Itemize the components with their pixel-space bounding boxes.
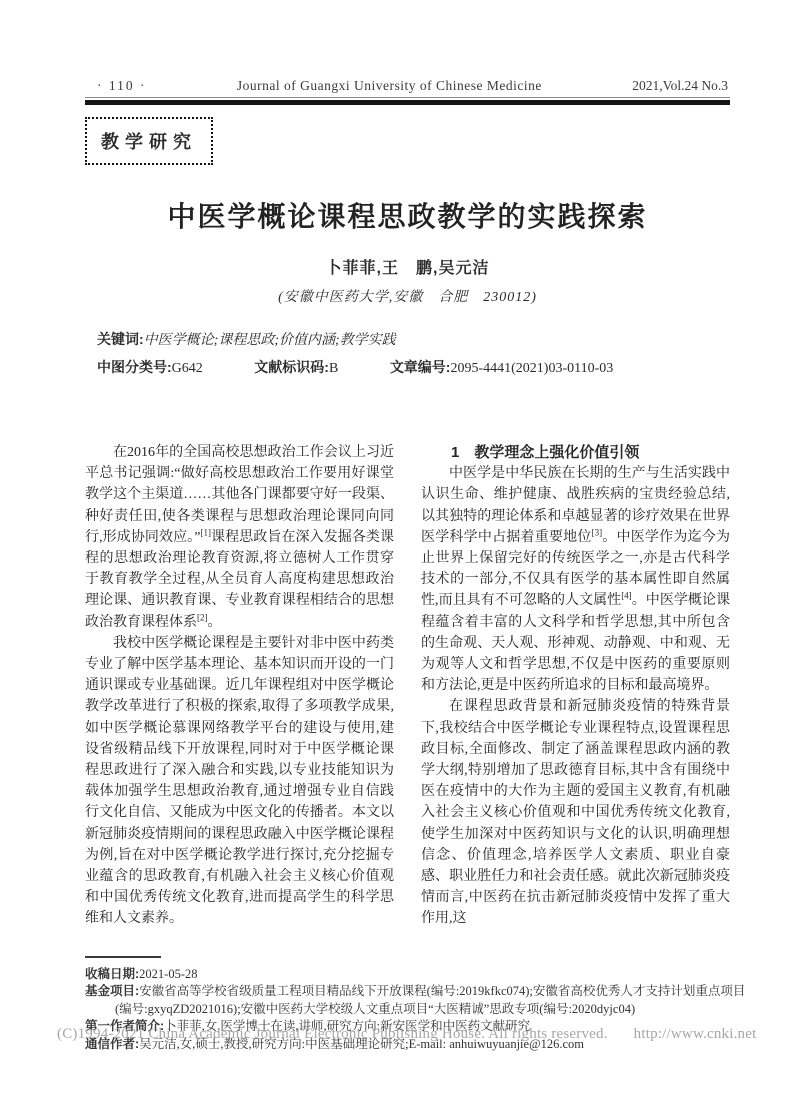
clc-label: 中图分类号:: [97, 359, 172, 375]
paragraph-section1-2: 在课程思政背景和新冠肺炎疫情的特殊背景下,我校结合中医学概论专业课程特点,设置课…: [421, 696, 730, 929]
received-date-line: 收稿日期:2021-05-28: [85, 966, 730, 984]
keywords-row: 关键词:中医学概论;课程思政;价值内涵;教学实践: [97, 326, 730, 354]
classification-row: 中图分类号:G642 文献标识码:B 文章编号:2095-4441(2021)0…: [97, 354, 730, 382]
page-number: · 110 ·: [85, 78, 147, 94]
right-column: 1 教学理念上强化价值引领 中医学是中华民族在长期的生产与生活实践中认识生命、维…: [421, 442, 730, 930]
fund-label: 基金项目:: [85, 984, 139, 998]
issue-info: 2021,Vol.24 No.3: [632, 78, 730, 94]
left-column: 在2016年的全国高校思想政治工作会议上习近平总书记强调:“做好高校思想政治工作…: [85, 442, 394, 930]
cnki-footer: (C)1994-2021 China Academic Journal Elec…: [57, 1026, 757, 1043]
received-date-value: 2021-05-28: [139, 967, 197, 981]
clc-value: G642: [172, 361, 203, 376]
fund-value-1: 安徽省高等学校省级质量工程项目精品线下开放课程(编号:2019kfkc074);…: [139, 984, 745, 998]
column-tag-teaching-research: 教学研究: [85, 117, 213, 165]
article-body: 在2016年的全国高校思想政治工作会议上习近平总书记强调:“做好高校思想政治工作…: [85, 442, 730, 930]
doc-code-value: B: [329, 361, 338, 376]
fund-line-2: (编号:gxyqZD2021016);安徽中医药大学校级人文重点项目“大医精诚”…: [85, 1001, 730, 1019]
fund-line-1: 基金项目:安徽省高等学校省级质量工程项目精品线下开放课程(编号:2019kfkc…: [85, 983, 730, 1001]
journal-name: Journal of Guangxi University of Chinese…: [237, 78, 542, 94]
paragraph-intro-2: 我校中医学概论课程是主要针对非中医中药类专业了解中医学基本理论、基本知识而开设的…: [85, 633, 394, 930]
keywords-value: 中医学概论;课程思政;价值内涵;教学实践: [144, 333, 396, 348]
section-heading-1: 1 教学理念上强化价值引领: [421, 442, 730, 463]
header-rule-thin: [85, 97, 730, 98]
article-meta: 关键词:中医学概论;课程思政;价值内涵;教学实践 中图分类号:G642 文献标识…: [85, 326, 730, 382]
article-id-value: 2095-4441(2021)03-0110-03: [450, 361, 613, 376]
cnki-url: http://www.cnki.net: [634, 1026, 757, 1043]
article-title: 中医学概论课程思政教学的实践探索: [85, 195, 730, 235]
fund-value-2: (编号:gxyqZD2021016);安徽中医药大学校级人文重点项目“大医精诚”…: [115, 1002, 635, 1016]
paragraph-intro-1: 在2016年的全国高校思想政治工作会议上习近平总书记强调:“做好高校思想政治工作…: [85, 442, 394, 633]
article-id-pair: 文章编号:2095-4441(2021)03-0110-03: [390, 361, 613, 376]
paragraph-section1-1: 中医学是中华民族在长期的生产与生活实践中认识生命、维护健康、战胜疾病的宝贵经验总…: [421, 463, 730, 696]
affiliation: (安徽中医药大学,安徽 合肥 230012): [85, 286, 730, 306]
received-date-label: 收稿日期:: [85, 967, 139, 981]
article-id-label: 文章编号:: [390, 359, 451, 375]
doc-code-label: 文献标识码:: [254, 359, 329, 375]
cnki-copyright: (C)1994-2021 China Academic Journal Elec…: [57, 1026, 608, 1043]
authors: 卜菲菲,王 鹏,吴元洁: [85, 255, 730, 278]
clc-pair: 中图分类号:G642: [97, 361, 203, 376]
journal-header: · 110 · Journal of Guangxi University of…: [85, 0, 730, 94]
scanned-paper-page: · 110 · Journal of Guangxi University of…: [0, 0, 806, 1100]
footnote-divider: [85, 956, 161, 958]
keywords-label: 关键词:: [97, 331, 144, 347]
doc-code-pair: 文献标识码:B: [254, 361, 338, 376]
